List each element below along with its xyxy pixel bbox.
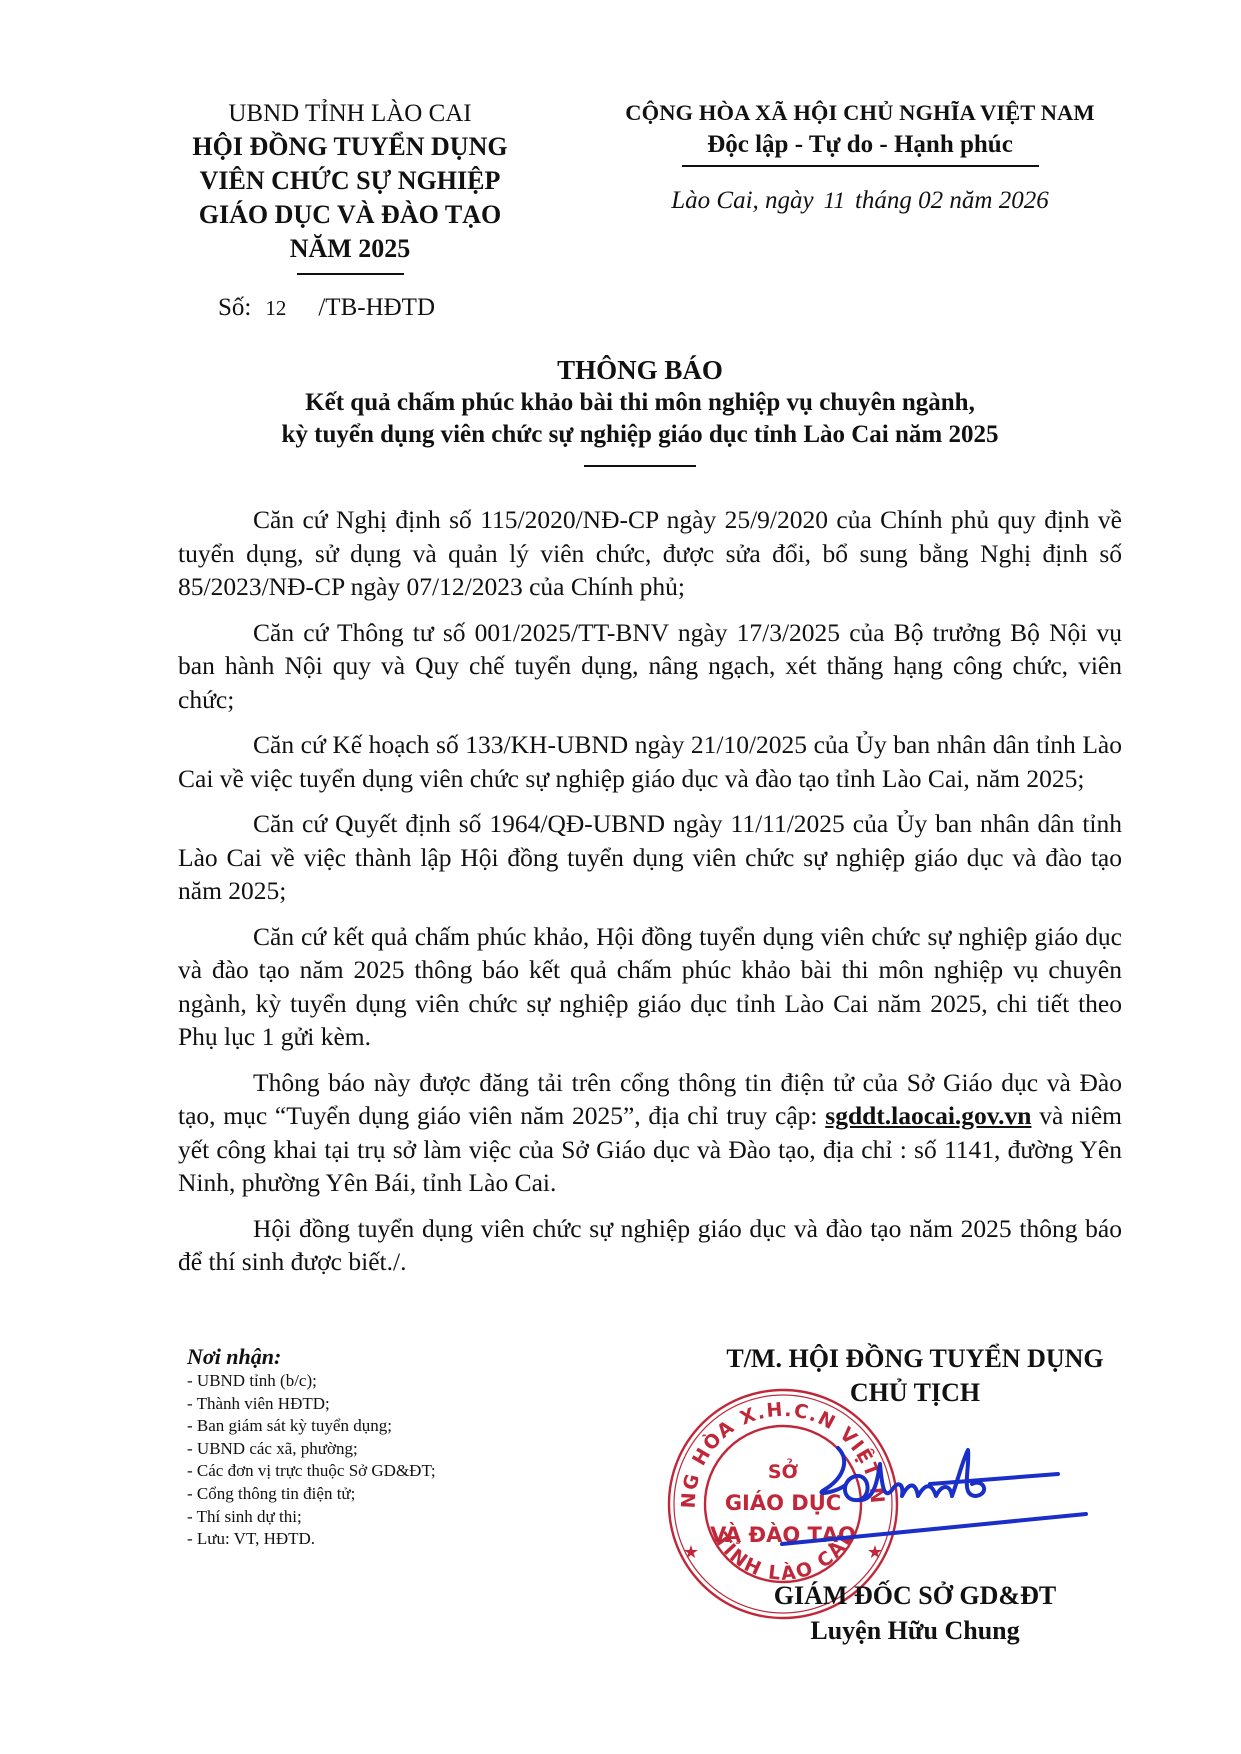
council-name-line: NĂM 2025	[150, 232, 550, 266]
announcement-paragraph: Căn cứ kết quả chấm phúc khảo, Hội đồng …	[178, 920, 1122, 1054]
document-number-label: Số:	[218, 294, 251, 321]
document-subtitle-line: Kết quả chấm phúc khảo bài thi môn nghiệ…	[160, 387, 1120, 419]
province-authority: UBND TỈNH LÀO CAI	[150, 97, 550, 130]
document-number-suffix: /TB-HĐTD	[318, 294, 435, 321]
list-item: - UBND các xã, phường;	[187, 1438, 527, 1461]
signer-position: GIÁM ĐỐC SỞ GD&ĐT	[690, 1578, 1140, 1614]
legal-basis-paragraph: Căn cứ Kế hoạch số 133/KH-UBND ngày 21/1…	[178, 728, 1122, 795]
document-title: THÔNG BÁO	[160, 354, 1120, 387]
divider	[584, 465, 696, 467]
document-number: Số:12/TB-HĐTD	[218, 294, 435, 322]
council-name-line: GIÁO DỤC VÀ ĐÀO TẠO	[150, 198, 550, 232]
list-item: - Thành viên HĐTD;	[187, 1393, 527, 1416]
list-item: - Ban giám sát kỳ tuyển dụng;	[187, 1415, 527, 1438]
legal-basis-paragraph: Căn cứ Quyết định số 1964/QĐ-UBND ngày 1…	[178, 807, 1122, 908]
divider	[682, 165, 1039, 167]
signer-block: GIÁM ĐỐC SỞ GD&ĐT Luyện Hữu Chung	[690, 1578, 1140, 1648]
recipients-heading: Nơi nhận:	[187, 1344, 527, 1370]
list-item: - Các đơn vị trực thuộc Sở GD&ĐT;	[187, 1460, 527, 1483]
list-item: - Lưu: VT, HĐTD.	[187, 1528, 527, 1551]
handwritten-signature-icon	[780, 1440, 1090, 1550]
council-name-line: VIÊN CHỨC SỰ NGHIỆP	[150, 164, 550, 198]
list-item: - Thí sinh dự thi;	[187, 1506, 527, 1529]
document-title-block: THÔNG BÁO Kết quả chấm phúc khảo bài thi…	[160, 354, 1120, 467]
recipients-list: - UBND tỉnh (b/c); - Thành viên HĐTD; - …	[187, 1370, 527, 1551]
closing-paragraph: Hội đồng tuyển dụng viên chức sự nghiệp …	[178, 1212, 1122, 1279]
legal-basis-paragraph: Căn cứ Nghị định số 115/2020/NĐ-CP ngày …	[178, 503, 1122, 604]
issue-date: Lào Cai, ngày11tháng 02 năm 2026	[585, 187, 1135, 215]
publication-paragraph: Thông báo này được đăng tải trên cổng th…	[178, 1066, 1122, 1200]
svg-text:★: ★	[683, 1542, 699, 1563]
document-subtitle-line: kỳ tuyển dụng viên chức sự nghiệp giáo d…	[160, 419, 1120, 451]
legal-basis-paragraph: Căn cứ Thông tư số 001/2025/TT-BNV ngày …	[178, 616, 1122, 717]
divider	[297, 273, 404, 275]
date-prefix: Lào Cai, ngày	[671, 187, 813, 214]
date-day: 11	[824, 188, 845, 213]
document-body: Căn cứ Nghị định số 115/2020/NĐ-CP ngày …	[178, 503, 1122, 1291]
national-motto: Độc lập - Tự do - Hạnh phúc	[585, 129, 1135, 161]
list-item: - Cổng thông tin điện tử;	[187, 1483, 527, 1506]
country-name: CỘNG HÒA XÃ HỘI CHỦ NGHĨA VIỆT NAM	[585, 97, 1135, 129]
council-name-line: HỘI ĐỒNG TUYỂN DỤNG	[150, 130, 550, 164]
list-item: - UBND tỉnh (b/c);	[187, 1370, 527, 1393]
date-suffix: tháng 02 năm 2026	[855, 187, 1049, 214]
signer-name: Luyện Hữu Chung	[690, 1614, 1140, 1648]
recipients-block: Nơi nhận: - UBND tỉnh (b/c); - Thành viê…	[187, 1344, 527, 1551]
national-header-block: CỘNG HÒA XÃ HỘI CHỦ NGHĨA VIỆT NAM Độc l…	[585, 97, 1135, 215]
on-behalf-of: T/M. HỘI ĐỒNG TUYỂN DỤNG	[690, 1342, 1140, 1376]
website-link[interactable]: sgddt.laocai.gov.vn	[825, 1101, 1031, 1130]
issuing-authority-block: UBND TỈNH LÀO CAI HỘI ĐỒNG TUYỂN DỤNG VI…	[150, 97, 550, 275]
document-number-value: 12	[265, 296, 286, 320]
